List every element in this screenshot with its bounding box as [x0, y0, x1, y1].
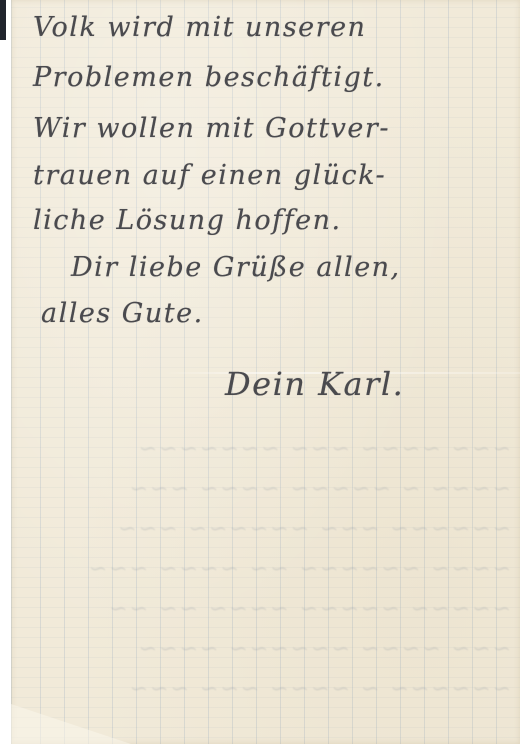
letter-line-2: Problemen beschäftigt.	[33, 62, 385, 93]
letter-paper: ~~~ ~~~~ ~~~ ~~~~~~~ ~~~~ ~ ~~~~~ ~~~~ ~…	[11, 0, 520, 744]
letter-line-6: Dir liebe Grüße allen,	[71, 252, 401, 283]
letter-line-7: alles Gute.	[41, 298, 204, 329]
folded-corner	[11, 704, 131, 744]
letter-line-4: trauen auf einen glück-	[33, 160, 386, 191]
scanned-page: ~~~ ~~~~ ~~~ ~~~~~~~ ~~~~ ~ ~~~~~ ~~~~ ~…	[0, 0, 520, 753]
letter-line-5: liche Lösung hoffen.	[33, 205, 342, 236]
letter-line-3: Wir wollen mit Gottver-	[33, 113, 390, 144]
bleed-through-text: ~~~ ~~~~ ~~~ ~~~~~~~ ~~~~ ~ ~~~~~ ~~~~ ~…	[31, 430, 511, 710]
letter-line-1: Volk wird mit unseren	[33, 12, 366, 43]
scanner-edge	[0, 0, 6, 40]
signature: Dein Karl.	[225, 365, 404, 403]
